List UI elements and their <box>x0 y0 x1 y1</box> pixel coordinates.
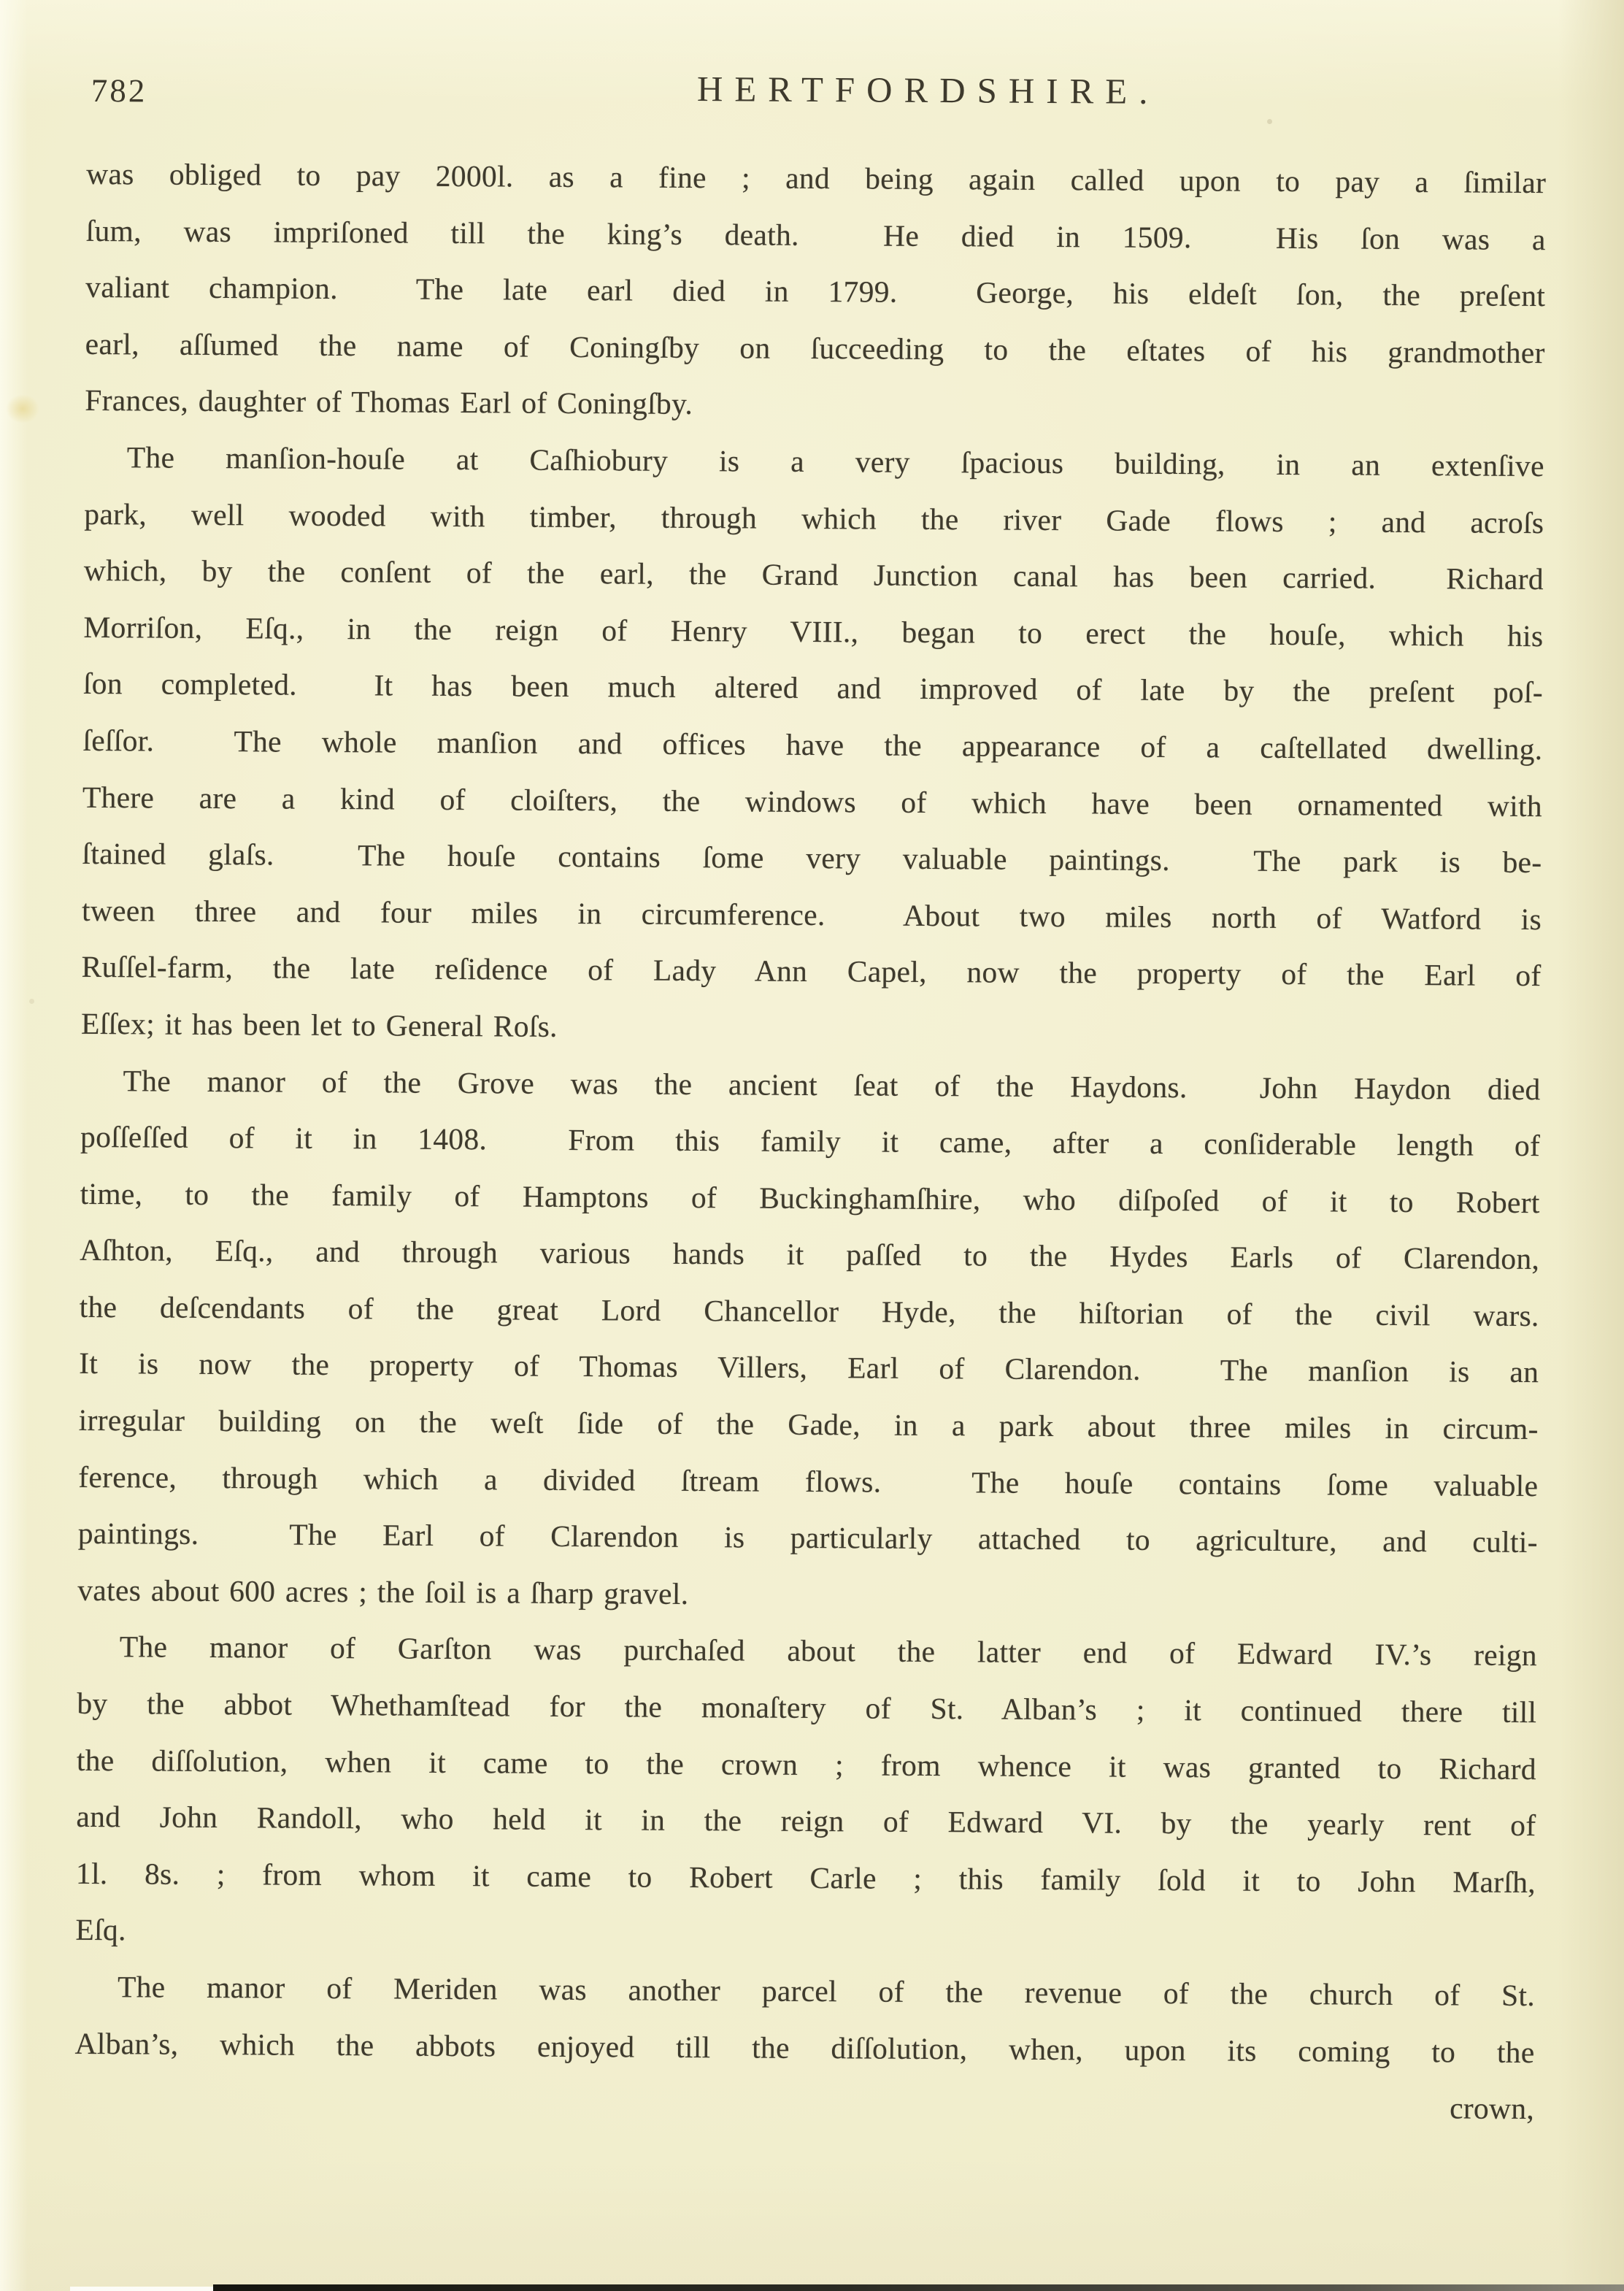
text-block: was obliged to pay 2000l. as a fine ; an… <box>74 146 1547 2138</box>
text-line: ſtained glaſs. The houſe contains ſome v… <box>82 826 1542 891</box>
text-line: Morriſon, Eſq., in the reign of Henry VI… <box>83 599 1543 665</box>
text-line: ſon completed. It has been much altered … <box>83 656 1543 721</box>
text-line: Ruſſel-farm, the late reſidence of Lady … <box>81 939 1541 1005</box>
ink-speck <box>1267 119 1272 124</box>
text-line: Aſhton, Eſq., and through various hands … <box>80 1222 1539 1288</box>
book-page-scan: 782 HERTFORDSHIRE. was obliged to pay 20… <box>0 0 1624 2291</box>
text-line: There are a kind of cloiſters, the windo… <box>82 769 1542 834</box>
text-line: paintings. The Earl of Clarendon is part… <box>78 1505 1538 1571</box>
text-line: The manor of Meriden was another parcel … <box>75 1959 1535 2025</box>
text-line: which, by the conſent of the earl, the G… <box>84 542 1544 608</box>
text-line: valiant champion. The late earl died in … <box>85 259 1545 325</box>
text-line: It is now the property of Thomas Villers… <box>79 1335 1539 1401</box>
text-line: 1l. 8s. ; from whom it came to Robert Ca… <box>76 1846 1536 1911</box>
text-line: vates about 600 acres ; the ſoil is a ſh… <box>77 1562 1537 1628</box>
text-line: poſſeſſed of it in 1408. From this famil… <box>80 1109 1540 1175</box>
text-line: the deſcendants of the great Lord Chance… <box>79 1279 1539 1345</box>
catchword: crown, <box>74 2072 1534 2138</box>
text-line: and John Randoll, who held it in the rei… <box>76 1789 1536 1854</box>
text-line: the diſſolution, when it came to the cro… <box>77 1732 1536 1797</box>
text-line: The manſion-houſe at Caſhiobury is a ver… <box>85 429 1544 495</box>
text-line: ference, through which a divided ſtream … <box>78 1449 1538 1515</box>
text-line: The manor of the Grove was the ancient ſ… <box>80 1052 1540 1118</box>
text-line: ſeſſor. The whole manſion and offices ha… <box>82 713 1542 778</box>
text-line: earl, aſſumed the name of Coningſby on ſ… <box>85 316 1545 382</box>
running-title: HERTFORDSHIRE. <box>697 68 1160 112</box>
text-line: park, well wooded with timber, through w… <box>84 486 1544 551</box>
text-line: Alban’s, which the abbots enjoyed till t… <box>74 2015 1534 2081</box>
scan-edge-dark <box>213 2284 1624 2291</box>
text-line: irregular building on the weſt ſide of t… <box>79 1392 1539 1458</box>
text-line: Frances, daughter of Thomas Earl of Coni… <box>85 372 1544 438</box>
text-line: ſum, was impriſoned till the king’s deat… <box>85 203 1545 269</box>
text-line: time, to the family of Hamptons of Bucki… <box>80 1166 1539 1232</box>
page-number: 782 <box>91 72 147 110</box>
text-line: The manor of Garſton was purchaſed about… <box>77 1619 1537 1684</box>
page-content: 782 HERTFORDSHIRE. was obliged to pay 20… <box>0 0 1624 2291</box>
text-line: Eſſex; it has been let to General Roſs. <box>81 996 1541 1062</box>
ink-speck <box>29 999 34 1004</box>
text-line: Eſq. <box>75 1902 1535 1968</box>
text-line: tween three and four miles in circumfere… <box>82 883 1542 948</box>
text-line: was obliged to pay 2000l. as a fine ; an… <box>86 146 1546 212</box>
text-line: by the abbot Whethamſtead for the monaſt… <box>77 1676 1536 1741</box>
